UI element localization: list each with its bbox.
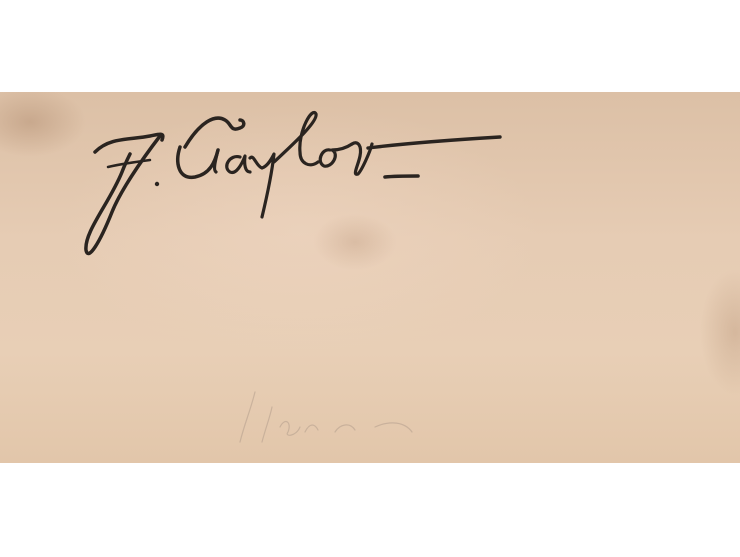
faint-pencil-marks — [0, 92, 740, 463]
aged-paper-card: Z. Taylor — [0, 92, 740, 463]
